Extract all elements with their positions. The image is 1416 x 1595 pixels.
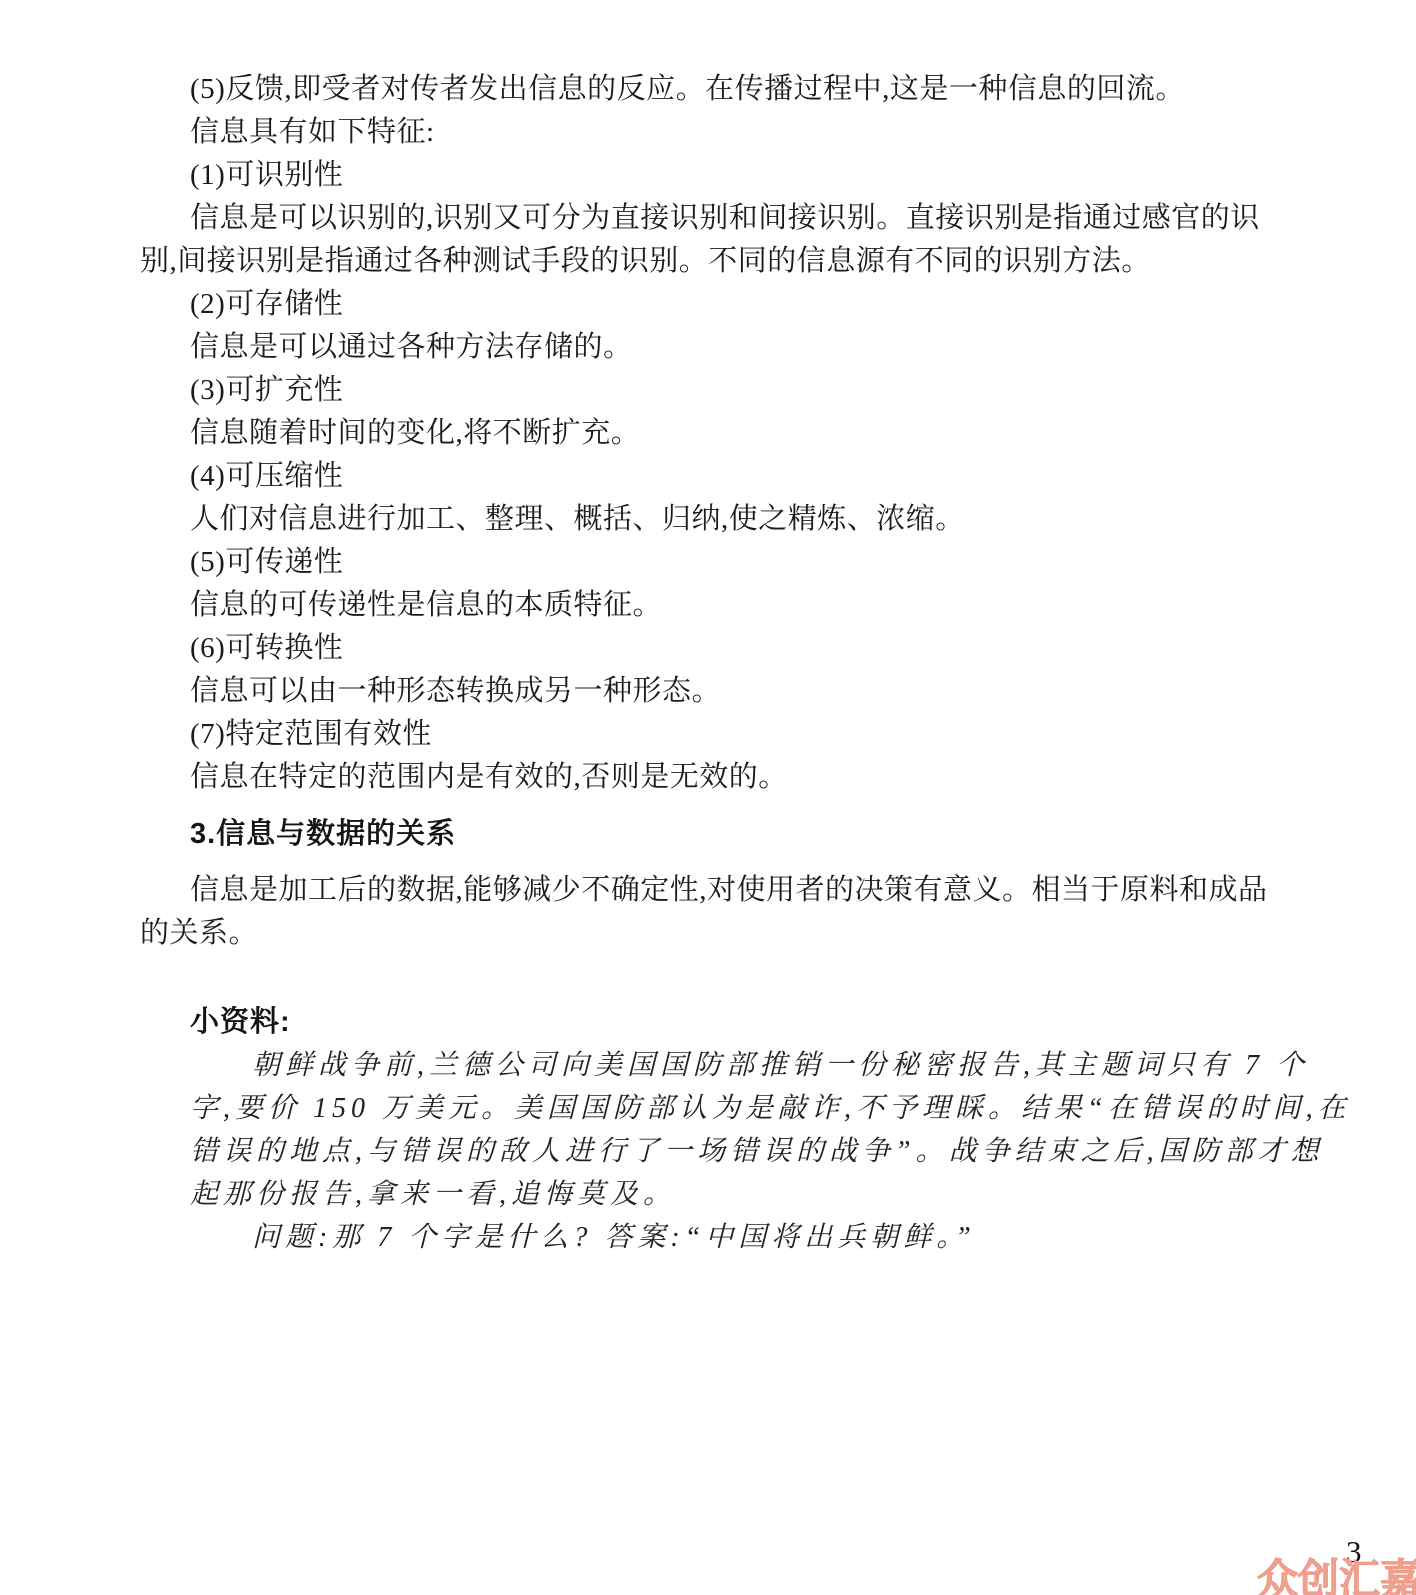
note-line: 错误的地点,与错误的敌人进行了一场错误的战争”。战争结束之后,国防部才想: [190, 1130, 1340, 1173]
text-line: 信息的可传递性是信息的本质特征。: [140, 584, 1340, 627]
text-line: (1)可识别性: [140, 154, 1340, 197]
text-line: (5)可传递性: [140, 541, 1340, 584]
text-line: (5)反馈,即受者对传者发出信息的反应。在传播过程中,这是一种信息的回流。: [140, 68, 1340, 111]
note-line: 朝鲜战争前,兰德公司向美国国防部推销一份秘密报告,其主题词只有 7 个: [190, 1044, 1340, 1087]
text-line: 信息是可以识别的,识别又可分为直接识别和间接识别。直接识别是指通过感官的识: [140, 197, 1340, 240]
text-line: 的关系。: [140, 912, 1340, 955]
text-line: (7)特定范围有效性: [140, 713, 1340, 756]
text-line: (3)可扩充性: [140, 369, 1340, 412]
note-line: 起那份报告,拿来一看,追悔莫及。: [190, 1173, 1340, 1216]
text-line: 信息是加工后的数据,能够减少不确定性,对使用者的决策有意义。相当于原料和成品: [140, 869, 1340, 912]
page-body: (5)反馈,即受者对传者发出信息的反应。在传播过程中,这是一种信息的回流。 信息…: [140, 68, 1340, 1259]
text-line: (4)可压缩性: [140, 455, 1340, 498]
text-line: (2)可存储性: [140, 283, 1340, 326]
text-line: 信息具有如下特征:: [140, 111, 1340, 154]
note-line: 字,要价 150 万美元。美国国防部认为是敲诈,不予理睬。结果“在错误的时间,在: [190, 1087, 1340, 1130]
text-line: 别,间接识别是指通过各种测试手段的识别。不同的信息源有不同的识别方法。: [140, 240, 1340, 283]
text-line: 信息可以由一种形态转换成另一种形态。: [140, 670, 1340, 713]
document-page: (5)反馈,即受者对传者发出信息的反应。在传播过程中,这是一种信息的回流。 信息…: [0, 0, 1416, 1595]
text-line: 信息在特定的范围内是有效的,否则是无效的。: [140, 756, 1340, 799]
note-heading: 小资料:: [190, 1001, 1340, 1044]
text-line: 人们对信息进行加工、整理、概括、归纳,使之精炼、浓缩。: [140, 498, 1340, 541]
text-line: 信息是可以通过各种方法存储的。: [140, 326, 1340, 369]
watermark: 众创汇嘉: [1257, 1558, 1416, 1595]
note-block: 小资料: 朝鲜战争前,兰德公司向美国国防部推销一份秘密报告,其主题词只有 7 个…: [190, 1001, 1340, 1259]
text-line: (6)可转换性: [140, 627, 1340, 670]
section-heading: 3.信息与数据的关系: [140, 813, 1340, 856]
note-line: 问题:那 7 个字是什么? 答案:“中国将出兵朝鲜。”: [190, 1216, 1340, 1259]
text-line: 信息随着时间的变化,将不断扩充。: [140, 412, 1340, 455]
